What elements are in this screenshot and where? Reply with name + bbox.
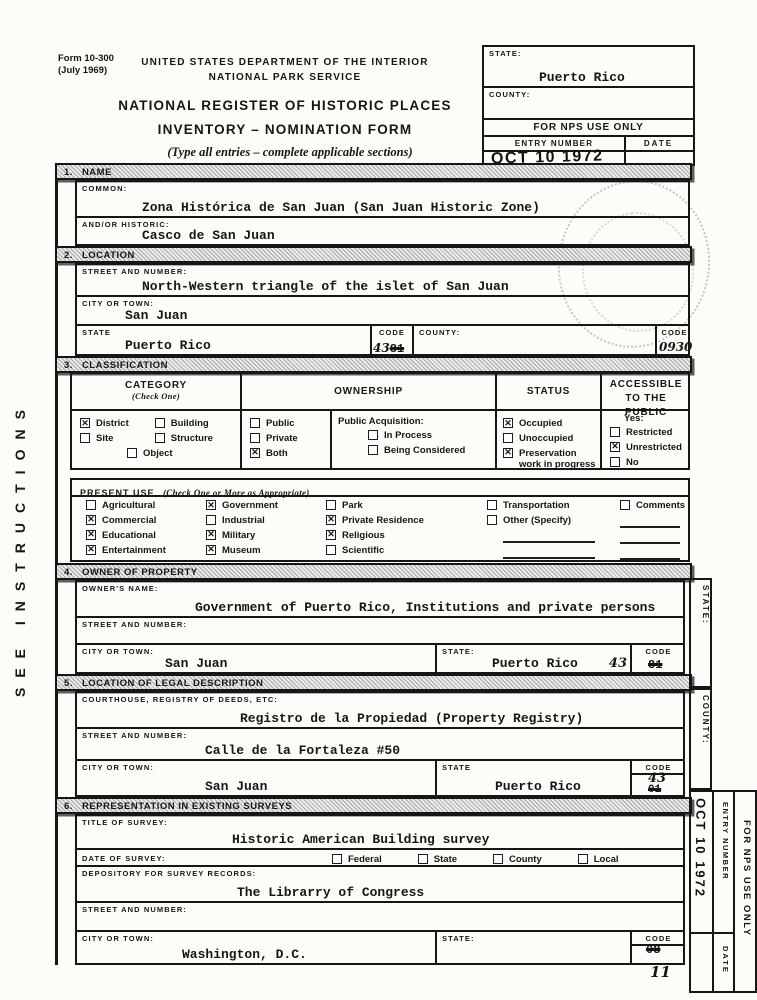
checkbox-checked[interactable] bbox=[250, 448, 260, 458]
checkbox-checked[interactable] bbox=[326, 530, 336, 540]
section-bar-surveys: 6.REPRESENTATION IN EXISTING SURVEYS bbox=[55, 797, 692, 814]
county-label: COUNTY: bbox=[484, 88, 693, 99]
common-value: Zona Histórica de San Juan (San Juan His… bbox=[142, 200, 540, 215]
present-use-col1: AgriculturalCommercialEducationalEnterta… bbox=[86, 497, 198, 560]
checkbox-item-government[interactable]: Government bbox=[206, 500, 318, 512]
county-cell: COUNTY: bbox=[414, 326, 657, 354]
checkbox-label: Museum bbox=[222, 545, 261, 557]
acquisition-checks: In ProcessBeing Considered bbox=[338, 430, 495, 457]
checkbox-label: Other (Specify) bbox=[503, 515, 571, 527]
dept-line2: NATIONAL PARK SERVICE bbox=[120, 70, 450, 85]
checkbox-item-commercial[interactable]: Commercial bbox=[86, 515, 198, 527]
checkbox-unchecked[interactable] bbox=[155, 433, 165, 443]
checkbox-item-building[interactable]: Building bbox=[155, 418, 213, 430]
state-label: STATE bbox=[437, 761, 630, 772]
checkbox-label: Preservation work in progress bbox=[519, 448, 598, 471]
state-value: Puerto Rico bbox=[492, 656, 578, 671]
checkbox-label: Site bbox=[96, 433, 113, 445]
blank-line bbox=[620, 533, 680, 544]
section-bar-name: 1.NAME bbox=[55, 163, 692, 180]
title-line1: NATIONAL REGISTER OF HISTORIC PLACES bbox=[90, 94, 480, 118]
category-subheader: (Check One) bbox=[72, 391, 240, 401]
checkbox-unchecked[interactable] bbox=[155, 418, 165, 428]
checkbox-label: Federal bbox=[348, 854, 382, 866]
checkbox-checked[interactable] bbox=[80, 418, 90, 428]
entry-number-cell: ENTRY NUMBER bbox=[712, 792, 735, 932]
for-nps-vertical-label: FOR NPS USE ONLY bbox=[741, 820, 752, 937]
checkbox-unchecked[interactable] bbox=[503, 433, 513, 443]
for-nps-cell: FOR NPS USE ONLY bbox=[735, 792, 757, 993]
checkbox-unchecked[interactable] bbox=[250, 433, 260, 443]
checkbox-unchecked[interactable] bbox=[206, 515, 216, 525]
name-fields: COMMON: Zona Histórica de San Juan (San … bbox=[75, 180, 690, 246]
state-label: STATE: bbox=[437, 932, 630, 943]
owner-name-label: OWNER'S NAME: bbox=[77, 582, 683, 593]
street-value: Calle de la Fortaleza #50 bbox=[205, 743, 400, 758]
checkbox-item-being-considered[interactable]: Being Considered bbox=[368, 445, 495, 457]
checkbox-unchecked[interactable] bbox=[86, 500, 96, 510]
checkbox-checked[interactable] bbox=[86, 515, 96, 525]
code-struck: 01 bbox=[648, 784, 661, 796]
state-vertical-label: STATE: bbox=[689, 578, 712, 688]
city-cell: CITY OR TOWN: Washington, D.C. bbox=[77, 932, 437, 963]
checkbox-unchecked[interactable] bbox=[620, 500, 630, 510]
checkbox-unchecked[interactable] bbox=[610, 427, 620, 437]
section-title: REPRESENTATION IN EXISTING SURVEYS bbox=[82, 801, 292, 812]
city-value: San Juan bbox=[125, 308, 187, 323]
checkbox-label: County bbox=[509, 854, 542, 866]
category-header: CATEGORY bbox=[72, 380, 240, 391]
code-cell: CODE 81 bbox=[632, 645, 685, 672]
city-label: CITY OR TOWN: bbox=[77, 297, 688, 308]
code-struck: 08 bbox=[646, 943, 660, 957]
checkbox-unchecked[interactable] bbox=[368, 445, 378, 455]
acquisition-label: Public Acquisition: bbox=[338, 416, 495, 427]
checkbox-label: District bbox=[96, 418, 129, 430]
historic-value: Casco de San Juan bbox=[142, 228, 275, 243]
owner-fields: OWNER'S NAME: Government of Puerto Rico,… bbox=[75, 580, 685, 674]
present-use-col3: ParkPrivate ResidenceReligiousScientific bbox=[326, 497, 476, 560]
checkbox-label: No bbox=[626, 457, 639, 469]
checkbox-label: Restricted bbox=[626, 427, 672, 439]
checkbox-item-comments[interactable]: Comments bbox=[620, 500, 684, 512]
section-title: OWNER OF PROPERTY bbox=[82, 567, 198, 578]
checkbox-label: Government bbox=[222, 500, 278, 512]
field-owner-city-state: CITY OR TOWN: San Juan STATE: Puerto Ric… bbox=[77, 645, 683, 672]
county-label: COUNTY: bbox=[414, 326, 655, 337]
field-survey-street: STREET AND NUMBER: bbox=[77, 903, 683, 932]
checkbox-item-industrial[interactable]: Industrial bbox=[206, 515, 318, 527]
category-col1: DistrictSite bbox=[80, 415, 129, 445]
field-survey-date: DATE OF SURVEY: FederalStateCountyLocal bbox=[77, 850, 683, 867]
accessible-cell: Yes: RestrictedUnrestrictedNo bbox=[602, 411, 690, 468]
date-cell: DATE bbox=[712, 932, 735, 993]
department-header: UNITED STATES DEPARTMENT OF THE INTERIOR… bbox=[120, 55, 450, 85]
field-common-name: COMMON: Zona Histórica de San Juan (San … bbox=[77, 182, 688, 218]
checkbox-unchecked[interactable] bbox=[610, 457, 620, 467]
checkbox-item-educational[interactable]: Educational bbox=[86, 530, 198, 542]
courthouse-value: Registro de la Propiedad (Property Regis… bbox=[240, 711, 583, 726]
ownership-cell: PublicPrivateBoth bbox=[242, 411, 332, 468]
blank-line bbox=[503, 548, 595, 559]
checkbox-item-preservation-work-in-progress[interactable]: Preservation work in progress bbox=[503, 448, 598, 471]
category-cell: DistrictSite BuildingStructure Object bbox=[72, 411, 242, 468]
checkbox-label: Building bbox=[171, 418, 209, 430]
checkbox-item-public[interactable]: Public bbox=[250, 418, 330, 430]
checkbox-label: Unrestricted bbox=[626, 442, 682, 454]
checkbox-unchecked[interactable] bbox=[368, 430, 378, 440]
section-title: LOCATION OF LEGAL DESCRIPTION bbox=[82, 678, 263, 689]
checkbox-unchecked[interactable] bbox=[418, 854, 428, 864]
field-owner-name: OWNER'S NAME: Government of Puerto Rico,… bbox=[77, 582, 683, 618]
checkbox-label: State bbox=[434, 854, 457, 866]
present-use-box: PRESENT USE (Check One or More as Approp… bbox=[70, 478, 690, 562]
state-value: Puerto Rico bbox=[125, 338, 211, 353]
city-value: San Juan bbox=[205, 779, 267, 794]
checkbox-item-agricultural[interactable]: Agricultural bbox=[86, 500, 198, 512]
city-label: CITY OR TOWN: bbox=[77, 761, 435, 772]
date-vertical-label: DATE bbox=[721, 946, 730, 974]
county-code-handwritten: 0930 bbox=[659, 340, 692, 354]
classification-table: CATEGORY (Check One) OWNERSHIP STATUS AC… bbox=[70, 372, 690, 470]
field-legal-city-state: CITY OR TOWN: San Juan STATE Puerto Rico… bbox=[77, 761, 683, 795]
checkbox-item-unrestricted[interactable]: Unrestricted bbox=[610, 442, 690, 454]
checkbox-item-private-residence[interactable]: Private Residence bbox=[326, 515, 476, 527]
field-courthouse: COURTHOUSE, REGISTRY OF DEEDS, ETC: Regi… bbox=[77, 693, 683, 729]
code-label: CODE bbox=[657, 326, 692, 337]
checkbox-item-district[interactable]: District bbox=[80, 418, 129, 430]
status-cell: OccupiedUnoccupiedPreservation work in p… bbox=[497, 411, 602, 468]
checkbox-item-federal[interactable]: Federal bbox=[332, 854, 382, 866]
checkbox-checked[interactable] bbox=[326, 515, 336, 525]
dept-line1: UNITED STATES DEPARTMENT OF THE INTERIOR bbox=[120, 55, 450, 70]
state-code-handwritten: 43 bbox=[609, 656, 627, 671]
checkbox-unchecked[interactable] bbox=[487, 515, 497, 525]
field-street: STREET AND NUMBER: North-Western triangl… bbox=[77, 265, 688, 297]
field-legal-street: STREET AND NUMBER: Calle de la Fortaleza… bbox=[77, 729, 683, 761]
courthouse-label: COURTHOUSE, REGISTRY OF DEEDS, ETC: bbox=[77, 693, 683, 704]
city-cell: CITY OR TOWN: San Juan bbox=[77, 761, 437, 795]
checkbox-item-structure[interactable]: Structure bbox=[155, 433, 213, 445]
checkbox-label: Comments bbox=[636, 500, 685, 512]
blank-line bbox=[620, 517, 680, 528]
checkbox-checked[interactable] bbox=[86, 530, 96, 540]
checkbox-item-transportation[interactable]: Transportation bbox=[487, 500, 612, 512]
checkbox-item-restricted[interactable]: Restricted bbox=[610, 427, 690, 439]
ownership-header-cell: OWNERSHIP bbox=[242, 374, 497, 409]
section-number: 5. bbox=[64, 678, 73, 689]
state-code-struck: 81 bbox=[390, 342, 404, 356]
checkbox-unchecked[interactable] bbox=[332, 854, 342, 864]
checkbox-label: Scientific bbox=[342, 545, 384, 557]
section-bar-legal: 5.LOCATION OF LEGAL DESCRIPTION bbox=[55, 674, 692, 691]
state-code-handwritten: 43 bbox=[373, 341, 390, 355]
survey-title-label: TITLE OF SURVEY: bbox=[77, 816, 683, 827]
blank-line bbox=[503, 532, 595, 543]
survey-date-checks: FederalStateCountyLocal bbox=[332, 851, 619, 866]
section-number: 4. bbox=[64, 567, 73, 578]
code-label: CODE bbox=[372, 326, 412, 337]
section-bar-owner: 4.OWNER OF PROPERTY bbox=[55, 563, 692, 580]
checkbox-label: Object bbox=[143, 448, 173, 460]
city-label: CITY OR TOWN: bbox=[77, 645, 435, 656]
form-number-line2: (July 1969) bbox=[58, 65, 114, 77]
checkbox-item-local[interactable]: Local bbox=[578, 854, 619, 866]
form-number-line1: Form 10-300 bbox=[58, 53, 114, 65]
checkbox-checked[interactable] bbox=[503, 448, 513, 458]
street-label: STREET AND NUMBER: bbox=[77, 618, 683, 629]
checkbox-item-unoccupied[interactable]: Unoccupied bbox=[503, 433, 598, 445]
section-title: LOCATION bbox=[82, 250, 135, 261]
state-cell: STATE Puerto Rico bbox=[437, 761, 632, 795]
street-label: STREET AND NUMBER: bbox=[77, 265, 688, 276]
checkbox-item-park[interactable]: Park bbox=[326, 500, 476, 512]
accessible-yes-label: Yes: bbox=[610, 413, 690, 424]
date-label: DATE bbox=[624, 139, 693, 148]
accessible-checks: RestrictedUnrestrictedNo bbox=[610, 427, 690, 469]
state-code-cell: CODE 4381 bbox=[372, 326, 414, 354]
checkbox-label: Local bbox=[594, 854, 619, 866]
present-use-col4: TransportationOther (Specify) bbox=[487, 497, 612, 560]
checkbox-label: Public bbox=[266, 418, 295, 430]
present-use-col2: GovernmentIndustrialMilitaryMuseum bbox=[206, 497, 318, 560]
entry-number-vertical-label: ENTRY NUMBER bbox=[721, 802, 730, 880]
section-title: CLASSIFICATION bbox=[82, 360, 168, 371]
form-number: Form 10-300 (July 1969) bbox=[58, 53, 114, 78]
legal-fields: COURTHOUSE, REGISTRY OF DEEDS, ETC: Regi… bbox=[75, 691, 685, 797]
checkbox-checked[interactable] bbox=[206, 545, 216, 555]
city-cell: CITY OR TOWN: San Juan bbox=[77, 645, 437, 672]
checkbox-label: Agricultural bbox=[102, 500, 155, 512]
code-label: CODE bbox=[632, 645, 685, 656]
ownership-header: OWNERSHIP bbox=[242, 386, 495, 397]
checkbox-checked[interactable] bbox=[86, 545, 96, 555]
checkbox-item-other-specify-[interactable]: Other (Specify) bbox=[487, 515, 612, 527]
common-label: COMMON: bbox=[77, 182, 688, 193]
category-col2: BuildingStructure bbox=[155, 415, 213, 445]
state-cell: STATE: bbox=[437, 932, 632, 963]
city-label: CITY OR TOWN: bbox=[77, 932, 435, 943]
checkbox-item-occupied[interactable]: Occupied bbox=[503, 418, 598, 430]
checkbox-item-scientific[interactable]: Scientific bbox=[326, 545, 476, 557]
checkbox-unchecked[interactable] bbox=[80, 433, 90, 443]
page-title: NATIONAL REGISTER OF HISTORIC PLACES INV… bbox=[90, 94, 480, 141]
checkbox-label: Transportation bbox=[503, 500, 570, 512]
state-label: STATE: bbox=[484, 47, 693, 58]
checkbox-label: In Process bbox=[384, 430, 432, 442]
section-number: 1. bbox=[64, 167, 73, 178]
county-code-cell: CODE 0930 bbox=[657, 326, 692, 354]
checkbox-item-entertainment[interactable]: Entertainment bbox=[86, 545, 198, 557]
category-header-cell: CATEGORY (Check One) bbox=[72, 374, 242, 409]
field-owner-street: STREET AND NUMBER: bbox=[77, 618, 683, 645]
checkbox-label: Structure bbox=[171, 433, 213, 445]
checkbox-label: Religious bbox=[342, 530, 385, 542]
checkbox-checked[interactable] bbox=[503, 418, 513, 428]
accessible-header-cell: ACCESSIBLE TO THE PUBLIC bbox=[602, 374, 690, 409]
section-title: NAME bbox=[82, 167, 112, 178]
checkbox-label: Being Considered bbox=[384, 445, 465, 457]
checkbox-label: Both bbox=[266, 448, 288, 460]
status-header-cell: STATUS bbox=[497, 374, 602, 409]
state-cell: STATE Puerto Rico bbox=[77, 326, 372, 354]
county-vertical-label: COUNTY: bbox=[689, 688, 712, 790]
city-value: Washington, D.C. bbox=[182, 947, 307, 962]
type-note: (Type all entries – complete applicable … bbox=[95, 145, 485, 160]
checkbox-item-both[interactable]: Both bbox=[250, 448, 330, 460]
checkbox-unchecked[interactable] bbox=[487, 500, 497, 510]
checkbox-unchecked[interactable] bbox=[326, 545, 336, 555]
title-line2: INVENTORY – NOMINATION FORM bbox=[90, 118, 480, 142]
nps-only-label: FOR NPS USE ONLY bbox=[484, 120, 693, 137]
checkbox-label: Private Residence bbox=[342, 515, 424, 527]
field-survey-city-state: CITY OR TOWN: Washington, D.C. STATE: CO… bbox=[77, 932, 683, 963]
checkbox-item-religious[interactable]: Religious bbox=[326, 530, 476, 542]
checkbox-label: Park bbox=[342, 500, 363, 512]
checkbox-checked[interactable] bbox=[206, 530, 216, 540]
state-label: STATE: bbox=[437, 645, 630, 656]
checkbox-item-object[interactable]: Object bbox=[127, 448, 240, 460]
checkbox-unchecked[interactable] bbox=[326, 500, 336, 510]
street-label: STREET AND NUMBER: bbox=[77, 729, 683, 740]
section-number: 6. bbox=[64, 801, 73, 812]
code-cell: CODE 08 11 bbox=[632, 932, 685, 963]
checkbox-label: Entertainment bbox=[102, 545, 166, 557]
field-state-county-codes: STATE Puerto Rico CODE 4381 COUNTY: CODE… bbox=[77, 326, 688, 354]
checkbox-label: Industrial bbox=[222, 515, 265, 527]
state-value: Puerto Rico bbox=[495, 779, 581, 794]
see-instructions-vertical: SEE INSTRUCTIONS bbox=[12, 345, 36, 697]
section-number: 3. bbox=[64, 360, 73, 371]
nps-use-box-rotated: OCT 10 1972 ENTRY NUMBER DATE FOR NPS US… bbox=[689, 790, 757, 993]
depository-label: DEPOSITORY FOR SURVEY RECORDS: bbox=[77, 867, 683, 878]
section-number: 2. bbox=[64, 250, 73, 261]
checkbox-item-site[interactable]: Site bbox=[80, 433, 129, 445]
checkbox-item-state[interactable]: State bbox=[418, 854, 457, 866]
survey-title-value: Historic American Building survey bbox=[232, 832, 489, 847]
checkbox-label: Unoccupied bbox=[519, 433, 573, 445]
surveys-fields: TITLE OF SURVEY: Historic American Build… bbox=[75, 814, 685, 965]
checkbox-label: Occupied bbox=[519, 418, 562, 430]
code-struck: 81 bbox=[648, 658, 662, 672]
owner-name-value: Government of Puerto Rico, Institutions … bbox=[195, 600, 655, 615]
checkbox-unchecked[interactable] bbox=[127, 448, 137, 458]
city-value: San Juan bbox=[165, 656, 227, 671]
location-fields: STREET AND NUMBER: North-Western triangl… bbox=[75, 263, 690, 356]
checkbox-label: Educational bbox=[102, 530, 156, 542]
checkbox-label: Military bbox=[222, 530, 255, 542]
checkbox-checked[interactable] bbox=[206, 500, 216, 510]
depository-value: The Librarry of Congress bbox=[237, 885, 424, 900]
checkbox-unchecked[interactable] bbox=[493, 854, 503, 864]
field-city: CITY OR TOWN: San Juan bbox=[77, 297, 688, 326]
field-historic-name: AND/OR HISTORIC: Casco de San Juan bbox=[77, 218, 688, 244]
date-value-cell bbox=[691, 932, 712, 993]
nps-use-box: STATE: Puerto Rico COUNTY: FOR NPS USE O… bbox=[482, 45, 695, 166]
checkbox-item-in-process[interactable]: In Process bbox=[368, 430, 495, 442]
field-depository: DEPOSITORY FOR SURVEY RECORDS: The Libra… bbox=[77, 867, 683, 903]
code-handwritten: 11 bbox=[650, 963, 671, 981]
checkbox-unchecked[interactable] bbox=[578, 854, 588, 864]
checkbox-item-private[interactable]: Private bbox=[250, 433, 330, 445]
checkbox-checked[interactable] bbox=[610, 442, 620, 452]
state-cell: STATE: Puerto Rico 43 bbox=[437, 645, 632, 672]
status-header: STATUS bbox=[497, 386, 600, 397]
present-use-col5: Comments bbox=[620, 497, 684, 560]
code-cell: CODE 43 01 bbox=[632, 761, 685, 795]
checkbox-item-museum[interactable]: Museum bbox=[206, 545, 318, 557]
entry-stamp-cell: OCT 10 1972 bbox=[691, 792, 712, 932]
field-survey-title: TITLE OF SURVEY: Historic American Build… bbox=[77, 816, 683, 850]
checkbox-unchecked[interactable] bbox=[250, 418, 260, 428]
section-bar-classification: 3.CLASSIFICATION bbox=[55, 356, 692, 373]
checkbox-label: Commercial bbox=[102, 515, 156, 527]
checkbox-label: Private bbox=[266, 433, 298, 445]
checkbox-item-no[interactable]: No bbox=[610, 457, 690, 469]
street-label: STREET AND NUMBER: bbox=[77, 903, 683, 914]
checkbox-item-military[interactable]: Military bbox=[206, 530, 318, 542]
state-label: STATE bbox=[77, 326, 370, 337]
acquisition-cell: Public Acquisition: In ProcessBeing Cons… bbox=[332, 411, 497, 468]
date-stamp-vertical: OCT 10 1972 bbox=[693, 798, 709, 898]
category-object: Object bbox=[72, 448, 240, 460]
state-value: Puerto Rico bbox=[539, 70, 625, 85]
blank-line bbox=[620, 549, 680, 560]
checkbox-item-county[interactable]: County bbox=[493, 854, 542, 866]
street-value: North-Western triangle of the islet of S… bbox=[142, 279, 509, 294]
section-bar-location: 2.LOCATION bbox=[55, 246, 692, 263]
